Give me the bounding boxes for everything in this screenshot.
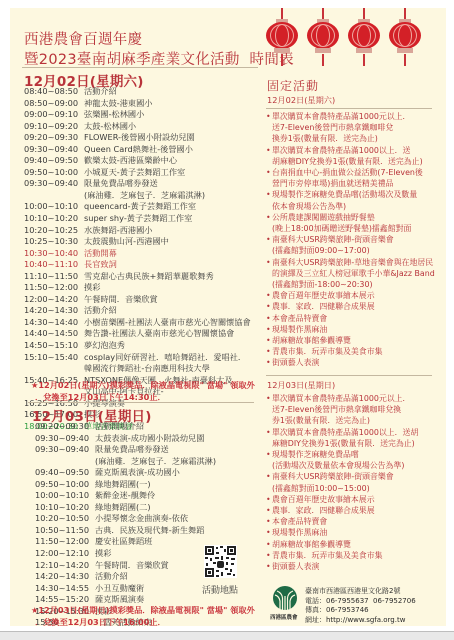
schedule-desc: Queen Card熱舞社-後營國小 bbox=[84, 144, 193, 156]
schedule-row: 10:30~10:40活動開幕 bbox=[24, 248, 251, 260]
schedule-time: 14:20~14:30 bbox=[24, 305, 84, 317]
schedule-row: 09:30~09:40太鼓表演-成功國小附設幼兒園 bbox=[35, 433, 216, 445]
schedule-row: 10:25~10:30太鼓震動山河-西港國中 bbox=[24, 236, 251, 248]
fixed-activity-item: •單次購買本會農特產品滿1000元以上． bbox=[266, 393, 418, 404]
schedule-desc: 活動開幕 bbox=[84, 248, 117, 260]
fixed-activity-text: 農會百週年歷史故事繪本展示 bbox=[272, 495, 375, 504]
fixed-activity-text: 本會產品特賣會 bbox=[272, 517, 327, 526]
day2-schedule: 09:20~09:30活動開場介紹09:30~09:40太鼓表演-成功國小附設幼… bbox=[35, 421, 216, 629]
schedule-time: 15:10~15:40 bbox=[24, 352, 84, 364]
schedule-desc: 紫醉金迷-靚舞伶 bbox=[95, 490, 155, 502]
lantern-icon bbox=[305, 8, 341, 68]
fixed-activity-text: 現場製作黑麻油 bbox=[272, 528, 327, 537]
schedule-row: 11:50~12:00摸彩 bbox=[24, 282, 251, 294]
schedule-desc: cosplay同好研習社．嘻哈舞蹈社．愛唱社． bbox=[84, 352, 246, 364]
schedule-desc: 活動介紹 bbox=[84, 305, 117, 317]
schedule-time: 09:20~09:30 bbox=[24, 132, 84, 144]
fixed-activity-item-continued: 依本會現場公告為準) bbox=[266, 201, 435, 212]
fixed-activity-text: 單次購買本會農特產品滿1000元以上． bbox=[272, 394, 410, 403]
qr-code-icon[interactable] bbox=[204, 545, 237, 578]
fixed-activity-text: 單次購買本會農特產品滿1000以上．送 bbox=[272, 146, 410, 155]
schedule-time: 09:30~09:40 bbox=[24, 144, 84, 156]
fixed-activity-item: •街頭藝人表演 bbox=[266, 357, 435, 368]
fixed-activity-item: •單次購買本會農特產品滿1000以上．送胡 bbox=[266, 427, 418, 438]
schedule-row: 09:10~09:20太鼓-松林國小 bbox=[24, 121, 251, 133]
schedule-time: 09:10~09:20 bbox=[24, 121, 84, 133]
schedule-desc: 神龍太鼓-港東國小 bbox=[84, 98, 152, 110]
fixed-activity-item-continued: 麻糖DIY兌換券1張(數量有限．送完為止) bbox=[266, 438, 418, 449]
schedule-row: 10:20~10:50小提琴懷念金曲演奏-依依 bbox=[35, 513, 216, 525]
fixed-day2-list: •單次購買本會農特產品滿1000元以上．送7-Eleven後營門市熱拿鐵咖啡兌換… bbox=[266, 393, 418, 572]
fixed-activity-item-continued: 送7-Eleven後營門市熱拿鐵咖啡兌 bbox=[266, 122, 435, 133]
fixed-activities-title: 固定活動 bbox=[267, 77, 319, 94]
schedule-desc: 古典．民族及現代舞-新生舞蹈 bbox=[95, 525, 204, 537]
fixed-activity-item: •青農市集．玩弄市集及美食市集 bbox=[266, 550, 418, 561]
schedule-desc: queencard-黃子芸舞蹈工作室 bbox=[84, 201, 196, 213]
schedule-desc: 太鼓-松林國小 bbox=[84, 121, 136, 133]
schedule-desc: 限量免費品嚐券發送 bbox=[95, 444, 169, 456]
schedule-desc: 薩克斯風表演-成功國小 bbox=[95, 467, 180, 479]
fixed-activity-item-continued: 營門市旁停車場)捐血就送精美禮品 bbox=[266, 178, 435, 189]
schedule-row: 14:30~14:55小丑互動魔術 bbox=[35, 583, 216, 595]
schedule-desc: 小丑互動魔術 bbox=[95, 583, 144, 595]
schedule-time: 09:30~09:40 bbox=[24, 178, 84, 190]
fixed-activity-item: •胡麻糖故事館參觀導覽 bbox=[266, 335, 435, 346]
fixed-activity-item: •南臺科大USR跨樂旅陣-草地音樂會與在地居民 bbox=[266, 257, 435, 268]
schedule-row: 08:50~09:00神龍太鼓-港東國小 bbox=[24, 98, 251, 110]
schedule-time: 10:10~10:20 bbox=[35, 502, 95, 514]
schedule-desc: 活動介紹 bbox=[84, 86, 117, 98]
fixed-divider-1 bbox=[266, 108, 432, 109]
schedule-row: 09:50~10:00小城夏天-黃子芸舞蹈工作室 bbox=[24, 167, 251, 179]
fixed-activity-text: 公所農建課闖關遊戲抽野餐墊 bbox=[272, 213, 375, 222]
farmers-association-logo-icon bbox=[273, 586, 297, 610]
schedule-row: 09:40~09:50歡樂太鼓-西港區樂齡中心 bbox=[24, 155, 251, 167]
fixed-activity-item: •台南捐血中心-捐血做公益活動(7-Eleven後 bbox=[266, 167, 435, 178]
schedule-time: 10:20~10:50 bbox=[35, 513, 95, 525]
address: 臺南市西港區西港里文化路2號 bbox=[305, 587, 416, 597]
schedule-time: 14:50~15:10 bbox=[24, 340, 84, 352]
schedule-time: 09:50~10:00 bbox=[24, 167, 84, 179]
fixed-activity-item: •單次購買本會農特產品滿1000以上．送 bbox=[266, 145, 435, 156]
fixed-activity-item-continued: (擂鑫館對面10:00~15:00) bbox=[266, 483, 418, 494]
fixed-activity-text: 南臺科大USR跨樂旅陣-草地音樂會與在地居民 bbox=[272, 258, 433, 267]
fixed-activity-item-continued: 胡麻糖DIY兌換券1張(數量有限．送完為止) bbox=[266, 156, 435, 167]
schedule-row: 10:40~11:10長官致詞 bbox=[24, 259, 251, 271]
fixed-activity-text: 農事．家政．四健聯合成果展 bbox=[272, 302, 375, 311]
schedule-row: 09:40~09:50薩克斯風表演-成功國小 bbox=[35, 467, 216, 479]
lantern-icon bbox=[346, 8, 382, 68]
schedule-desc: 夢幻泡泡秀 bbox=[84, 340, 125, 352]
schedule-time: 09:40~09:50 bbox=[24, 155, 84, 167]
day1-note: ★12月02日(星期六)摸彩獎品．除液晶電視限" 當場" 領取外 ．兌換至12月… bbox=[31, 379, 255, 403]
fixed-activity-item: •現場製作芝麻糖免費品嚐(活動場次及數量 bbox=[266, 189, 435, 200]
schedule-desc: 歡樂太鼓-西港區樂齡中心 bbox=[84, 155, 177, 167]
schedule-time: 08:50~09:00 bbox=[24, 98, 84, 110]
schedule-row: 10:00~10:10queencard-黃子芸舞蹈工作室 bbox=[24, 201, 251, 213]
fixed-activity-item: •青農市集．玩弄市集及美食市集 bbox=[266, 346, 435, 357]
day2-note: ★12月03日(星期日)摸彩獎品．除液晶電視限" 當場" 領取外 ．兌換至12月… bbox=[31, 604, 255, 628]
schedule-desc: 舞告讚-社團法人臺南市慈光心智關懷協會 bbox=[84, 328, 234, 340]
schedule-time: 11:50~12:00 bbox=[35, 536, 95, 548]
day1-note-line1: ★12月02日(星期六)摸彩獎品．除液晶電視限" 當場" 領取外 bbox=[31, 379, 255, 391]
schedule-desc: FLOWER-後營國小附設幼兒園 bbox=[84, 132, 195, 144]
schedule-desc: 長官致詞 bbox=[84, 259, 117, 271]
schedule-time: 14:30~14:40 bbox=[24, 317, 84, 329]
fixed-activity-text: 現場製作芝麻糖免費品嚐(活動場次及數量 bbox=[272, 190, 417, 199]
schedule-desc: 綠地舞蹈團(一) bbox=[95, 479, 151, 491]
fixed-activity-item: •農會百週年歷史故事繪本展示 bbox=[266, 290, 435, 301]
schedule-row: 10:10~10:20super shy-黃子芸舞蹈工作室 bbox=[24, 213, 251, 225]
fixed-activity-item-continued: 送7-Eleven後營門市熱拿鐵咖啡兌換 bbox=[266, 404, 418, 415]
viewer-bottom-bar bbox=[0, 631, 454, 640]
fixed-activity-item: •單次購買本會農特產品滿1000元以上． bbox=[266, 111, 435, 122]
phone: 電話：06-7955637 06-7952706 bbox=[305, 597, 416, 607]
schedule-row: 12:00~12:10摸彩 bbox=[35, 548, 216, 560]
schedule-time: 09:40~09:50 bbox=[35, 467, 95, 479]
fixed-day2-heading: 12月03日(星期日) bbox=[267, 380, 335, 391]
lantern-icon bbox=[264, 8, 300, 68]
fixed-activity-item: •農事．家政．四健聯合成果展 bbox=[266, 301, 435, 312]
schedule-desc: 小樹苗樂團-社團法人臺南市慈光心智關懷協會 bbox=[84, 317, 251, 329]
schedule-desc: 活動開場介紹 bbox=[95, 421, 144, 433]
fixed-activity-text: 街頭藝人表演 bbox=[272, 562, 319, 571]
fixed-activity-item-continued: 換券1張(數量有限．送完為止) bbox=[266, 133, 435, 144]
schedule-time: 09:50~10:00 bbox=[35, 479, 95, 491]
schedule-row: 14:50~15:10夢幻泡泡秀 bbox=[24, 340, 251, 352]
website-link[interactable]: 網址：http://www.sgfa.org.tw bbox=[305, 616, 416, 626]
fixed-activity-item: •本會產品特賣會 bbox=[266, 516, 418, 527]
schedule-time: 12:00~12:10 bbox=[35, 548, 95, 560]
fixed-activity-text: 本會產品特賣會 bbox=[272, 314, 327, 323]
schedule-time: 10:00~10:10 bbox=[35, 490, 95, 502]
fixed-activity-item: •公所農建課闖關遊戲抽野餐墊 bbox=[266, 212, 435, 223]
schedule-time: 09:30~09:40 bbox=[35, 444, 95, 456]
schedule-row: 15:10~15:40cosplay同好研習社．嘻哈舞蹈社．愛唱社． bbox=[24, 352, 251, 364]
title-divider bbox=[22, 67, 258, 68]
fixed-activity-text: 街頭藝人表演 bbox=[272, 358, 319, 367]
fixed-activity-item: •現場製作黑麻油 bbox=[266, 527, 418, 538]
fixed-activity-item-continued: 券1張(數量有限．送完為止) bbox=[266, 415, 418, 426]
fixed-activity-item: •南臺科大USR跨樂旅陣-街頭音樂會 bbox=[266, 471, 418, 482]
contact-info: 臺南市西港區西港里文化路2號 電話：06-7955637 06-7952706 … bbox=[305, 587, 416, 625]
day2-note-line2: ．兌換至12月03日下午16:00止． bbox=[31, 616, 255, 628]
fixed-activity-text: 青農市集．玩弄市集及美食市集 bbox=[272, 551, 382, 560]
schedule-row: 09:20~09:30FLOWER-後營國小附設幼兒園 bbox=[24, 132, 251, 144]
schedule-desc: 摸彩 bbox=[95, 548, 111, 560]
schedule-time: 11:10~11:50 bbox=[24, 271, 84, 283]
schedule-row: 14:30~14:40小樹苗樂團-社團法人臺南市慈光心智關懷協會 bbox=[24, 317, 251, 329]
schedule-desc: 午餐時間．音樂欣賞 bbox=[84, 294, 158, 306]
schedule-time: 10:10~10:20 bbox=[24, 213, 84, 225]
schedule-time: 09:30~09:40 bbox=[35, 433, 95, 445]
fixed-activity-text: 南臺科大USR跨樂旅陣-街頭音樂會 bbox=[272, 472, 394, 481]
schedule-row: 10:00~10:10紫醉金迷-靚舞伶 bbox=[35, 490, 216, 502]
fixed-activity-text: 現場製作黑麻油 bbox=[272, 325, 327, 334]
schedule-desc-continued: (麻油雞．芝麻包子．芝麻霜淇淋) bbox=[24, 190, 251, 202]
schedule-time: 09:00~09:10 bbox=[24, 109, 84, 121]
fixed-activity-text: 胡麻糖故事館參觀導覽 bbox=[272, 540, 351, 549]
schedule-row: 09:00~09:10弦樂團-松林國小 bbox=[24, 109, 251, 121]
day2-note-line1: ★12月03日(星期日)摸彩獎品．除液晶電視限" 當場" 領取外 bbox=[31, 604, 255, 616]
fixed-activity-item: •胡麻糖故事館參觀導覽 bbox=[266, 539, 418, 550]
schedule-time: 09:20~09:30 bbox=[35, 421, 95, 433]
schedule-desc: 弦樂團-松林國小 bbox=[84, 109, 144, 121]
day-divider bbox=[28, 402, 254, 403]
schedule-desc: 慶安社區舞蹈班 bbox=[95, 536, 152, 548]
schedule-time: 10:30~10:40 bbox=[24, 248, 84, 260]
schedule-desc-continued: (麻油雞．芝麻包子．芝麻霜淇淋) bbox=[35, 456, 216, 468]
fixed-activity-item-continued: (擂鑫館對面09:00~17:00) bbox=[266, 245, 435, 256]
fixed-activity-item-continued: (擂鑫館對面-18:00~20:30) bbox=[266, 279, 435, 290]
schedule-time: 10:00~10:10 bbox=[24, 201, 84, 213]
schedule-desc-continued: 韓國流行舞蹈社-台南應用科技大學 bbox=[24, 363, 251, 375]
schedule-time: 14:40~14:50 bbox=[24, 328, 84, 340]
schedule-time: 12:00~14:20 bbox=[24, 294, 84, 306]
schedule-row: 08:40~08:50活動介紹 bbox=[24, 86, 251, 98]
schedule-time: 10:50~11:50 bbox=[35, 525, 95, 537]
schedule-row: 11:10~11:50雪克甜心古典民族+舞蹈華麗歌舞秀 bbox=[24, 271, 251, 283]
schedule-row: 09:20~09:30活動開場介紹 bbox=[35, 421, 216, 433]
fixed-activity-item: •本會產品特賣會 bbox=[266, 313, 435, 324]
schedule-time: 10:40~11:10 bbox=[24, 259, 84, 271]
schedule-desc: 綠地舞蹈團(二) bbox=[95, 502, 151, 514]
org-name: 西港區農會 bbox=[270, 613, 298, 621]
schedule-time: 14:30~14:55 bbox=[35, 583, 95, 595]
schedule-row: 10:50~11:50古典．民族及現代舞-新生舞蹈 bbox=[35, 525, 216, 537]
schedule-row: 09:50~10:00綠地舞蹈團(一) bbox=[35, 479, 216, 491]
schedule-time: 14:20~14:30 bbox=[35, 571, 95, 583]
schedule-row: 14:20~14:30活動介紹 bbox=[35, 571, 216, 583]
schedule-row: 14:20~14:30活動介紹 bbox=[24, 305, 251, 317]
schedule-desc: 太鼓表演-成功國小附設幼兒園 bbox=[95, 433, 204, 445]
fixed-activity-text: 現場製作芝麻糖免費品嚐 bbox=[272, 450, 359, 459]
schedule-desc: 太鼓震動山河-西港國中 bbox=[84, 236, 169, 248]
schedule-row: 10:20~10:25水族舞蹈-西港國小 bbox=[24, 225, 251, 237]
poster-title: 西港農會百週年慶 暨2023臺南胡麻季產業文化活動 時間表 bbox=[24, 30, 294, 70]
schedule-desc: 水族舞蹈-西港國小 bbox=[84, 225, 152, 237]
fixed-activity-text: 農會百週年歷史故事繪本展示 bbox=[272, 291, 375, 300]
title-line-1: 西港農會百週年慶 bbox=[24, 30, 294, 50]
fixed-activity-item-continued: (晚上18:00加碼贈送野餐墊)擂鑫館對面 bbox=[266, 223, 435, 234]
schedule-row: 09:30~09:40限量免費品嚐券發送 bbox=[24, 178, 251, 190]
fixed-activity-item: •現場製作黑麻油 bbox=[266, 324, 435, 335]
fixed-activity-item: •南臺科大USR跨樂旅陣-街頭音樂會 bbox=[266, 234, 435, 245]
schedule-time: 10:25~10:30 bbox=[24, 236, 84, 248]
schedule-time: 10:20~10:25 bbox=[24, 225, 84, 237]
schedule-desc: 雪克甜心古典民族+舞蹈華麗歌舞秀 bbox=[84, 271, 214, 283]
fixed-activity-text: 單次購買本會農特產品滿1000以上．送胡 bbox=[272, 428, 418, 437]
fixed-activity-item: •街頭藝人表演 bbox=[266, 561, 418, 572]
schedule-time: 12:10~14:20 bbox=[35, 560, 95, 572]
schedule-row: 14:40~14:50舞告讚-社團法人臺南市慈光心智關懷協會 bbox=[24, 328, 251, 340]
fixed-divider-2 bbox=[266, 375, 432, 376]
schedule-desc: 午餐時間．音樂欣賞 bbox=[95, 560, 169, 572]
fixed-activity-item: •農事．家政．四健聯合成果展 bbox=[266, 505, 418, 516]
schedule-desc: 限量免費品嚐券發送 bbox=[84, 178, 158, 190]
fixed-activity-item-continued: 的演繹及三立紅人榜冠軍歌手小華&Jazz Band bbox=[266, 268, 435, 279]
schedule-desc: 小提琴懷念金曲演奏-依依 bbox=[95, 513, 188, 525]
fax: 傳真：06-7953746 bbox=[305, 606, 416, 616]
schedule-row: 09:30~09:40限量免費品嚐券發送 bbox=[35, 444, 216, 456]
schedule-row: 11:50~12:00慶安社區舞蹈班 bbox=[35, 536, 216, 548]
fixed-activity-text: 台南捐血中心-捐血做公益活動(7-Eleven後 bbox=[272, 168, 423, 177]
fixed-activity-text: 南臺科大USR跨樂旅陣-街頭音樂會 bbox=[272, 235, 394, 244]
schedule-desc: super shy-黃子芸舞蹈工作室 bbox=[84, 213, 192, 225]
fixed-day1-list: •單次購買本會農特產品滿1000元以上．送7-Eleven後營門市熱拿鐵咖啡兌換… bbox=[266, 111, 435, 369]
schedule-row: 10:10~10:20綠地舞蹈團(二) bbox=[35, 502, 216, 514]
fixed-activity-item: •現場製作芝麻糖免費品嚐 bbox=[266, 449, 418, 460]
schedule-row: 09:30~09:40Queen Card熱舞社-後營國小 bbox=[24, 144, 251, 156]
qr-caption: 活動地點 bbox=[202, 583, 238, 596]
fixed-activity-text: 胡麻糖故事館參觀導覽 bbox=[272, 336, 351, 345]
lantern-decoration bbox=[262, 8, 442, 68]
fixed-day1-heading: 12月02日(星期六) bbox=[267, 95, 335, 106]
schedule-desc: 小城夏天-黃子芸舞蹈工作室 bbox=[84, 167, 185, 179]
schedule-desc: 活動介紹 bbox=[95, 571, 128, 583]
schedule-row: 12:10~14:20午餐時間．音樂欣賞 bbox=[35, 560, 216, 572]
fixed-activity-item: •農會百週年歷史故事繪本展示 bbox=[266, 494, 418, 505]
schedule-time: 08:40~08:50 bbox=[24, 86, 84, 98]
fixed-activity-text: 農事．家政．四健聯合成果展 bbox=[272, 506, 375, 515]
lantern-icon bbox=[387, 8, 423, 68]
schedule-desc: 摸彩 bbox=[84, 282, 100, 294]
schedule-row: 12:00~14:20午餐時間．音樂欣賞 bbox=[24, 294, 251, 306]
fixed-activity-text: 青農市集．玩弄市集及美食市集 bbox=[272, 347, 382, 356]
fixed-activity-text: 單次購買本會農特產品滿1000元以上． bbox=[272, 112, 410, 121]
schedule-time: 11:50~12:00 bbox=[24, 282, 84, 294]
fixed-activity-item-continued: (活動場次及數量依本會現場公告為準) bbox=[266, 460, 418, 471]
